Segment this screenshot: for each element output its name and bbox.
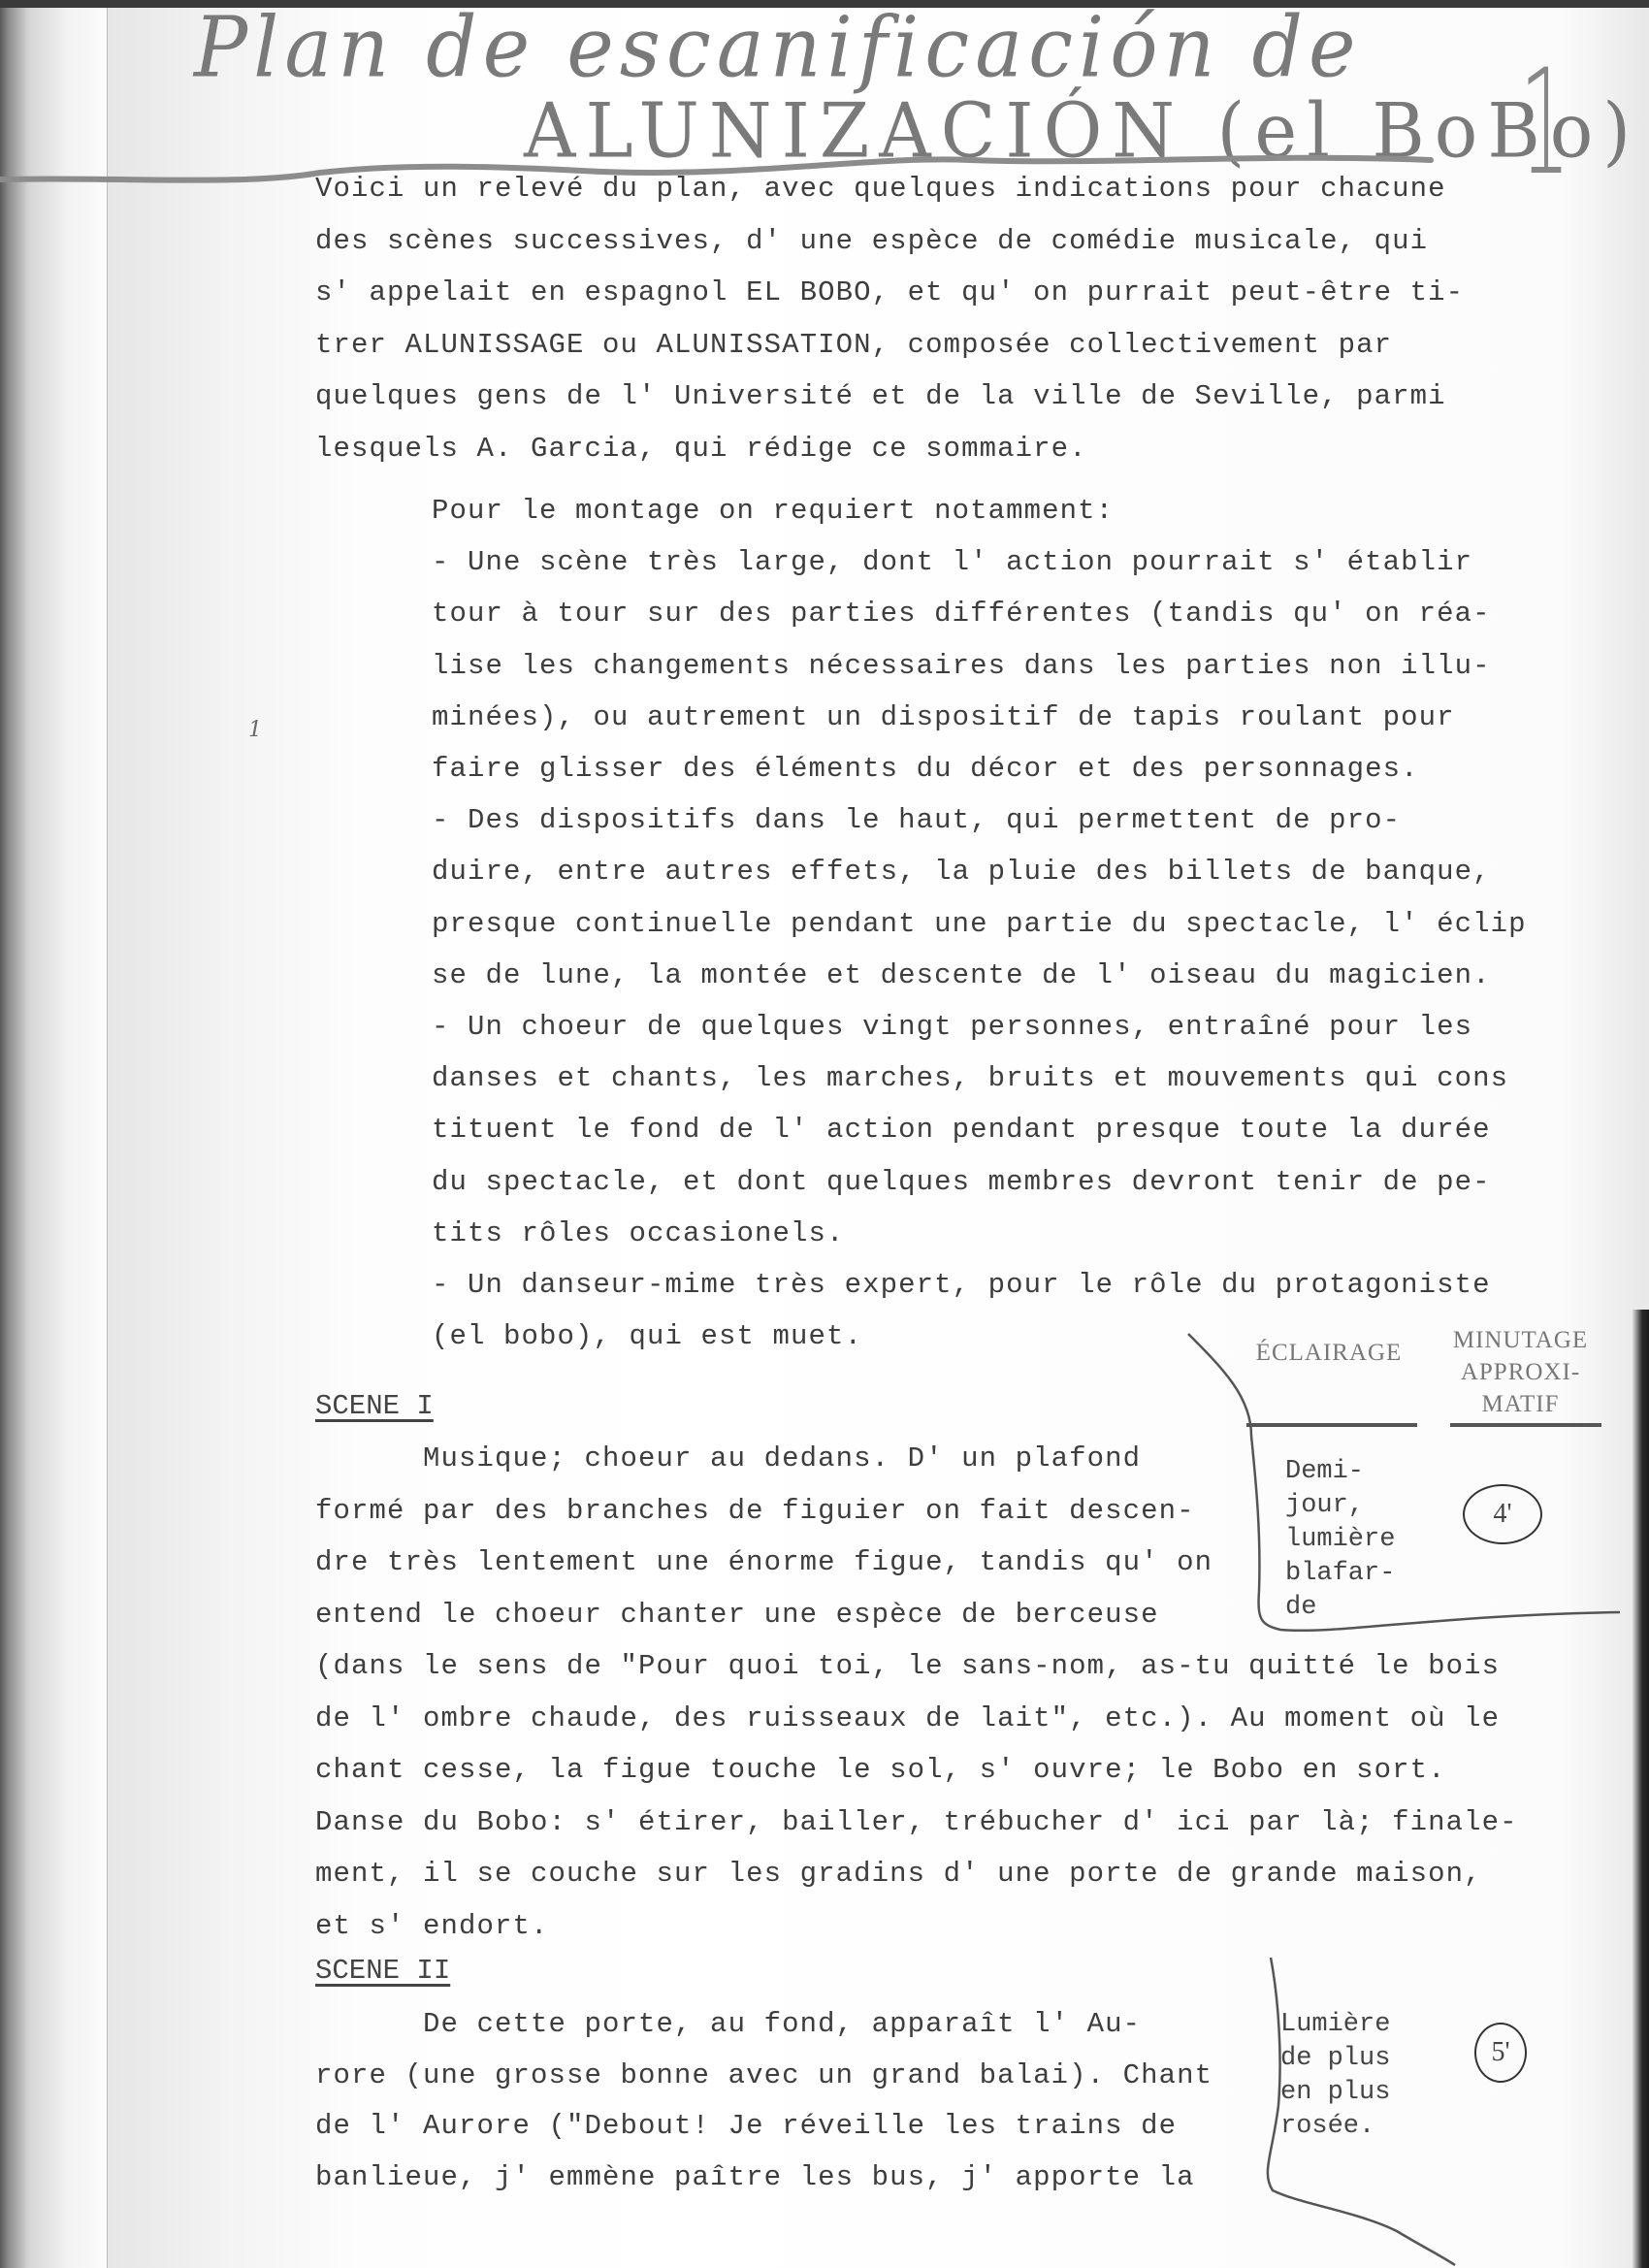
requirements-line: tour à tour sur des parties différentes …	[432, 598, 1491, 630]
scene-text-line: entend le choeur chanter une espèce de b…	[315, 1599, 1159, 1631]
requirements-line: minées), ou autrement un dispositif de t…	[432, 701, 1455, 733]
scene-text-line: De cette porte, au fond, apparaît l' Au-	[315, 2008, 1141, 2040]
scene-title: SCENE II	[315, 1955, 450, 1987]
requirements-line: tits rôles occasionels.	[432, 1217, 845, 1249]
scene-text-line: et s' endort.	[315, 1910, 549, 1942]
scene-text-line: de l' Aurore ("Debout! Je réveille les t…	[315, 2110, 1177, 2142]
lighting-header-rule	[1246, 1423, 1417, 1427]
scene-text-line: rore (une grosse bonne avec un grand bal…	[315, 2059, 1212, 2091]
requirements-line: duire, entre autres effets, la pluie des…	[432, 856, 1491, 888]
intro-line: des scènes successives, d' une espèce de…	[315, 225, 1428, 257]
handwritten-page-number: 1	[1519, 39, 1569, 208]
intro-line: Voici un relevé du plan, avec quelques i…	[315, 173, 1446, 205]
scanner-binding-edge	[0, 0, 107, 2268]
intro-line: s' appelait en espagnol EL BOBO, et qu' …	[315, 276, 1464, 308]
scene-duration-circled: 5'	[1474, 2023, 1527, 2083]
requirements-line: - Un danseur-mime très expert, pour le r…	[432, 1269, 1491, 1301]
scene-title: SCENE I	[315, 1390, 434, 1422]
scene-text-line: formé par des branches de figuier on fai…	[315, 1495, 1195, 1527]
requirements-line: tituent le fond de l' action pendant pre…	[432, 1114, 1491, 1146]
scene-text-line: de l' ombre chaude, des ruisseaux de lai…	[315, 1702, 1500, 1734]
timing-header-line: MINUTAGE	[1440, 1324, 1600, 1356]
scan-right-edge	[1632, 1310, 1649, 2268]
timing-header-rule	[1450, 1423, 1601, 1427]
requirements-line: danses et chants, les marches, bruits et…	[432, 1062, 1508, 1094]
intro-line: lesquels A. Garcia, qui rédige ce sommai…	[315, 433, 1087, 465]
requirements-line: faire glisser des éléments du décor et d…	[432, 753, 1419, 785]
requirements-line: se de lune, la montée et descente de l' …	[432, 959, 1491, 991]
requirements-line: presque continuelle pendant une partie d…	[432, 908, 1527, 940]
lighting-column-header: ÉCLAIRAGE	[1232, 1337, 1426, 1369]
requirements-line: (el bobo), qui est muet.	[432, 1320, 862, 1352]
handwritten-title-line-1: Plan de escanificación de	[194, 0, 1362, 96]
scene-text-line: Musique; choeur au dedans. D' un plafond	[315, 1442, 1141, 1474]
scene-text-line: banlieue, j' emmène paître les bus, j' a…	[315, 2161, 1195, 2193]
timing-column-header: MINUTAGEAPPROXI-MATIF	[1440, 1324, 1600, 1420]
timing-header-line: MATIF	[1440, 1388, 1600, 1420]
scene-text-line: chant cesse, la figue touche le sol, s' …	[315, 1754, 1446, 1786]
scene-text-line: dre très lentement une énorme figue, tan…	[315, 1546, 1212, 1578]
requirements-line: lise les changements nécessaires dans le…	[432, 650, 1491, 682]
scene-text-line: Danse du Bobo: s' étirer, bailler, trébu…	[315, 1806, 1518, 1838]
intro-line: quelques gens de l' Université et de la …	[315, 380, 1446, 412]
scene-text-line: ment, il se couche sur les gradins d' un…	[315, 1858, 1482, 1890]
requirements-line: Pour le montage on requiert notamment:	[432, 495, 1114, 527]
requirements-line: - Des dispositifs dans le haut, qui perm…	[432, 804, 1401, 836]
margin-pencil-mark: 1	[248, 718, 262, 742]
timing-header-line: APPROXI-	[1440, 1356, 1600, 1388]
scene-duration-circled: 4'	[1463, 1484, 1542, 1544]
scene-lighting-note: Lumière de plus en plus rosée.	[1280, 2008, 1390, 2144]
scene-text-line: (dans le sens de "Pour quoi toi, le sans…	[315, 1650, 1500, 1682]
intro-line: trer ALUNISSAGE ou ALUNISSATION, composé…	[315, 329, 1392, 361]
scene-lighting-note: Demi- jour, lumière blafar- de	[1285, 1455, 1395, 1625]
requirements-line: - Une scène très large, dont l' action p…	[432, 546, 1472, 578]
handwritten-title-line-2: ALUNIZACIÓN (el BoBo)	[524, 87, 1640, 175]
requirements-line: - Un choeur de quelques vingt personnes,…	[432, 1011, 1472, 1043]
requirements-line: du spectacle, et dont quelques membres d…	[432, 1166, 1491, 1198]
